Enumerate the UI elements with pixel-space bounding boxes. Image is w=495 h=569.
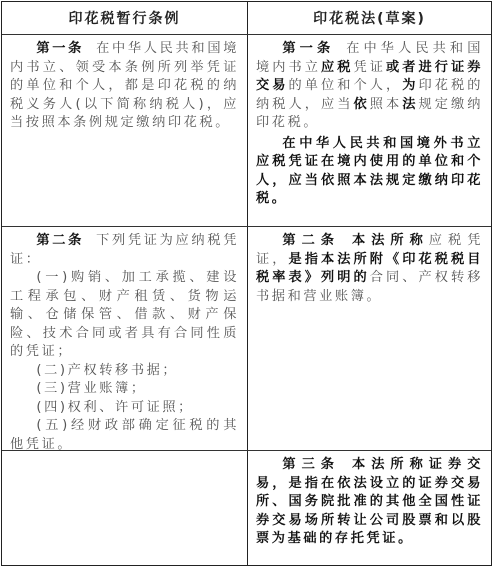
- old-article-2-text: 第二条下列凭证为应纳税凭证：: [10, 232, 239, 269]
- article-number: 第一条: [36, 41, 84, 56]
- changed-text: 应税: [321, 60, 354, 75]
- old-article-2-cell: 第二条下列凭证为应纳税凭证： (一)购销、加工承揽、建设工程承包、财产租赁、货物…: [2, 227, 248, 450]
- old-article-1-text: 第一条在中华人民共和国境内书立、领受本条例所列举凭证的单位和个人，都是印花税的纳…: [10, 40, 239, 133]
- unchanged-text: 照本: [370, 97, 403, 112]
- draft-article-1-paragraph-2: 在中华人民共和国境外书立应税凭证在境内使用的单位和个人，应当依照本法规定缴纳印花…: [256, 135, 483, 209]
- table-row-article-3: 第三条本法所称证券交易，是指在依法设立的证券交易所、国务院批准的其他全国性证券交…: [2, 451, 491, 565]
- list-item: (三)营业账簿；: [10, 380, 239, 399]
- draft-article-3-text: 第三条本法所称证券交易，是指在依法设立的证券交易所、国务院批准的其他全国性证券交…: [256, 456, 483, 549]
- changed-text: 为: [402, 78, 418, 93]
- draft-article-1-text: 第一条在中华人民共和国境内书立应税凭证或者进行证券交易的单位和个人，为印花税的纳…: [256, 40, 483, 133]
- old-article-1-cell: 第一条在中华人民共和国境内书立、领受本条例所列举凭证的单位和个人，都是印花税的纳…: [2, 35, 248, 226]
- unchanged-text: 的单位和个人，: [289, 78, 403, 93]
- article-number: 第二条: [36, 233, 84, 248]
- list-item: (四)权利、许可证照；: [10, 399, 239, 418]
- changed-text: 本法所称: [352, 233, 429, 248]
- header-draft-law: 印花税法(草案): [248, 2, 491, 34]
- table-row-article-1: 第一条在中华人民共和国境内书立、领受本条例所列举凭证的单位和个人，都是印花税的纳…: [2, 35, 491, 227]
- article-number: 第一条: [282, 41, 334, 56]
- draft-article-1-cell: 第一条在中华人民共和国境内书立应税凭证或者进行证券交易的单位和个人，为印花税的纳…: [248, 35, 491, 226]
- changed-text: 法: [402, 97, 418, 112]
- comparison-table: 印花税暂行条例 印花税法(草案) 第一条在中华人民共和国境内书立、领受本条例所列…: [1, 1, 492, 566]
- article-number: 第三条: [282, 457, 340, 472]
- draft-article-2-cell: 第二条本法所称应税凭证，是指本法所附《印花税税目税率表》列明的合同、产权转移书据…: [248, 227, 491, 450]
- draft-article-2-text: 第二条本法所称应税凭证，是指本法所附《印花税税目税率表》列明的合同、产权转移书据…: [256, 232, 483, 306]
- draft-article-3-cell: 第三条本法所称证券交易，是指在依法设立的证券交易所、国务院批准的其他全国性证券交…: [248, 451, 491, 565]
- unchanged-text: 凭证: [353, 60, 386, 75]
- header-old-regulation: 印花税暂行条例: [2, 2, 248, 34]
- list-item: (二)产权转移书据；: [10, 362, 239, 381]
- list-item: (一)购销、加工承揽、建设工程承包、财产租赁、货物运输、仓储保管、借款、财产保险…: [10, 269, 239, 362]
- header-row: 印花税暂行条例 印花税法(草案): [2, 2, 491, 35]
- article-number: 第二条: [282, 233, 340, 248]
- list-item: (五)经财政部确定征税的其他凭证。: [10, 417, 239, 454]
- table-row-article-2: 第二条下列凭证为应纳税凭证： (一)购销、加工承揽、建设工程承包、财产租赁、货物…: [2, 227, 491, 451]
- old-article-3-cell-empty: [2, 451, 248, 565]
- changed-text: 依: [353, 97, 369, 112]
